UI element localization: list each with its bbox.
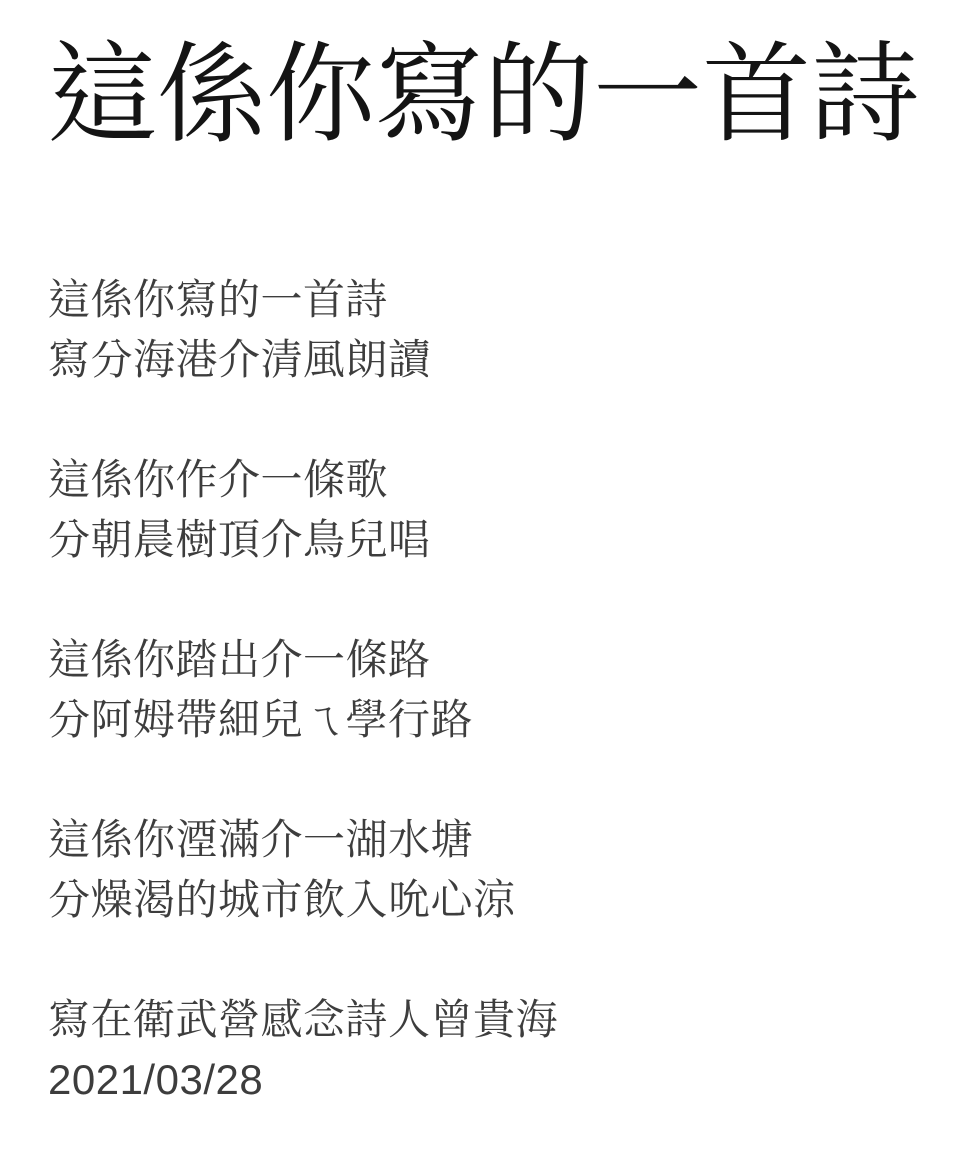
stanza-1: 這係你寫的一首詩 寫分海港介清風朗讀 [48, 270, 932, 390]
poem-footer: 寫在衛武營感念詩人曾貴海 2021/03/28 [48, 990, 932, 1110]
date-line: 2021/03/28 [48, 1050, 932, 1110]
poem-line: 這係你作介一條歌 [48, 450, 932, 510]
poem-line: 分燥渴的城市飲入吮心涼 [48, 870, 932, 930]
poem-line: 這係你寫的一首詩 [48, 270, 932, 330]
poem-line: 寫分海港介清風朗讀 [48, 330, 932, 390]
poem-line: 這係你踏出介一條路 [48, 630, 932, 690]
stanza-4: 這係你湮滿介一湖水塘 分燥渴的城市飲入吮心涼 [48, 810, 932, 930]
dedication-line: 寫在衛武營感念詩人曾貴海 [48, 990, 932, 1050]
stanza-3: 這係你踏出介一條路 分阿姆帶細兒ㄟ學行路 [48, 630, 932, 750]
poem-page: 這係你寫的一首詩 這係你寫的一首詩 寫分海港介清風朗讀 這係你作介一條歌 分朝晨… [0, 0, 962, 1166]
poem-body: 這係你寫的一首詩 寫分海港介清風朗讀 這係你作介一條歌 分朝晨樹頂介鳥兒唱 這係… [48, 270, 932, 1110]
poem-line: 分阿姆帶細兒ㄟ學行路 [48, 690, 932, 750]
stanza-2: 這係你作介一條歌 分朝晨樹頂介鳥兒唱 [48, 450, 932, 570]
poem-title: 這係你寫的一首詩 [48, 0, 932, 152]
poem-line: 這係你湮滿介一湖水塘 [48, 810, 932, 870]
poem-line: 分朝晨樹頂介鳥兒唱 [48, 510, 932, 570]
